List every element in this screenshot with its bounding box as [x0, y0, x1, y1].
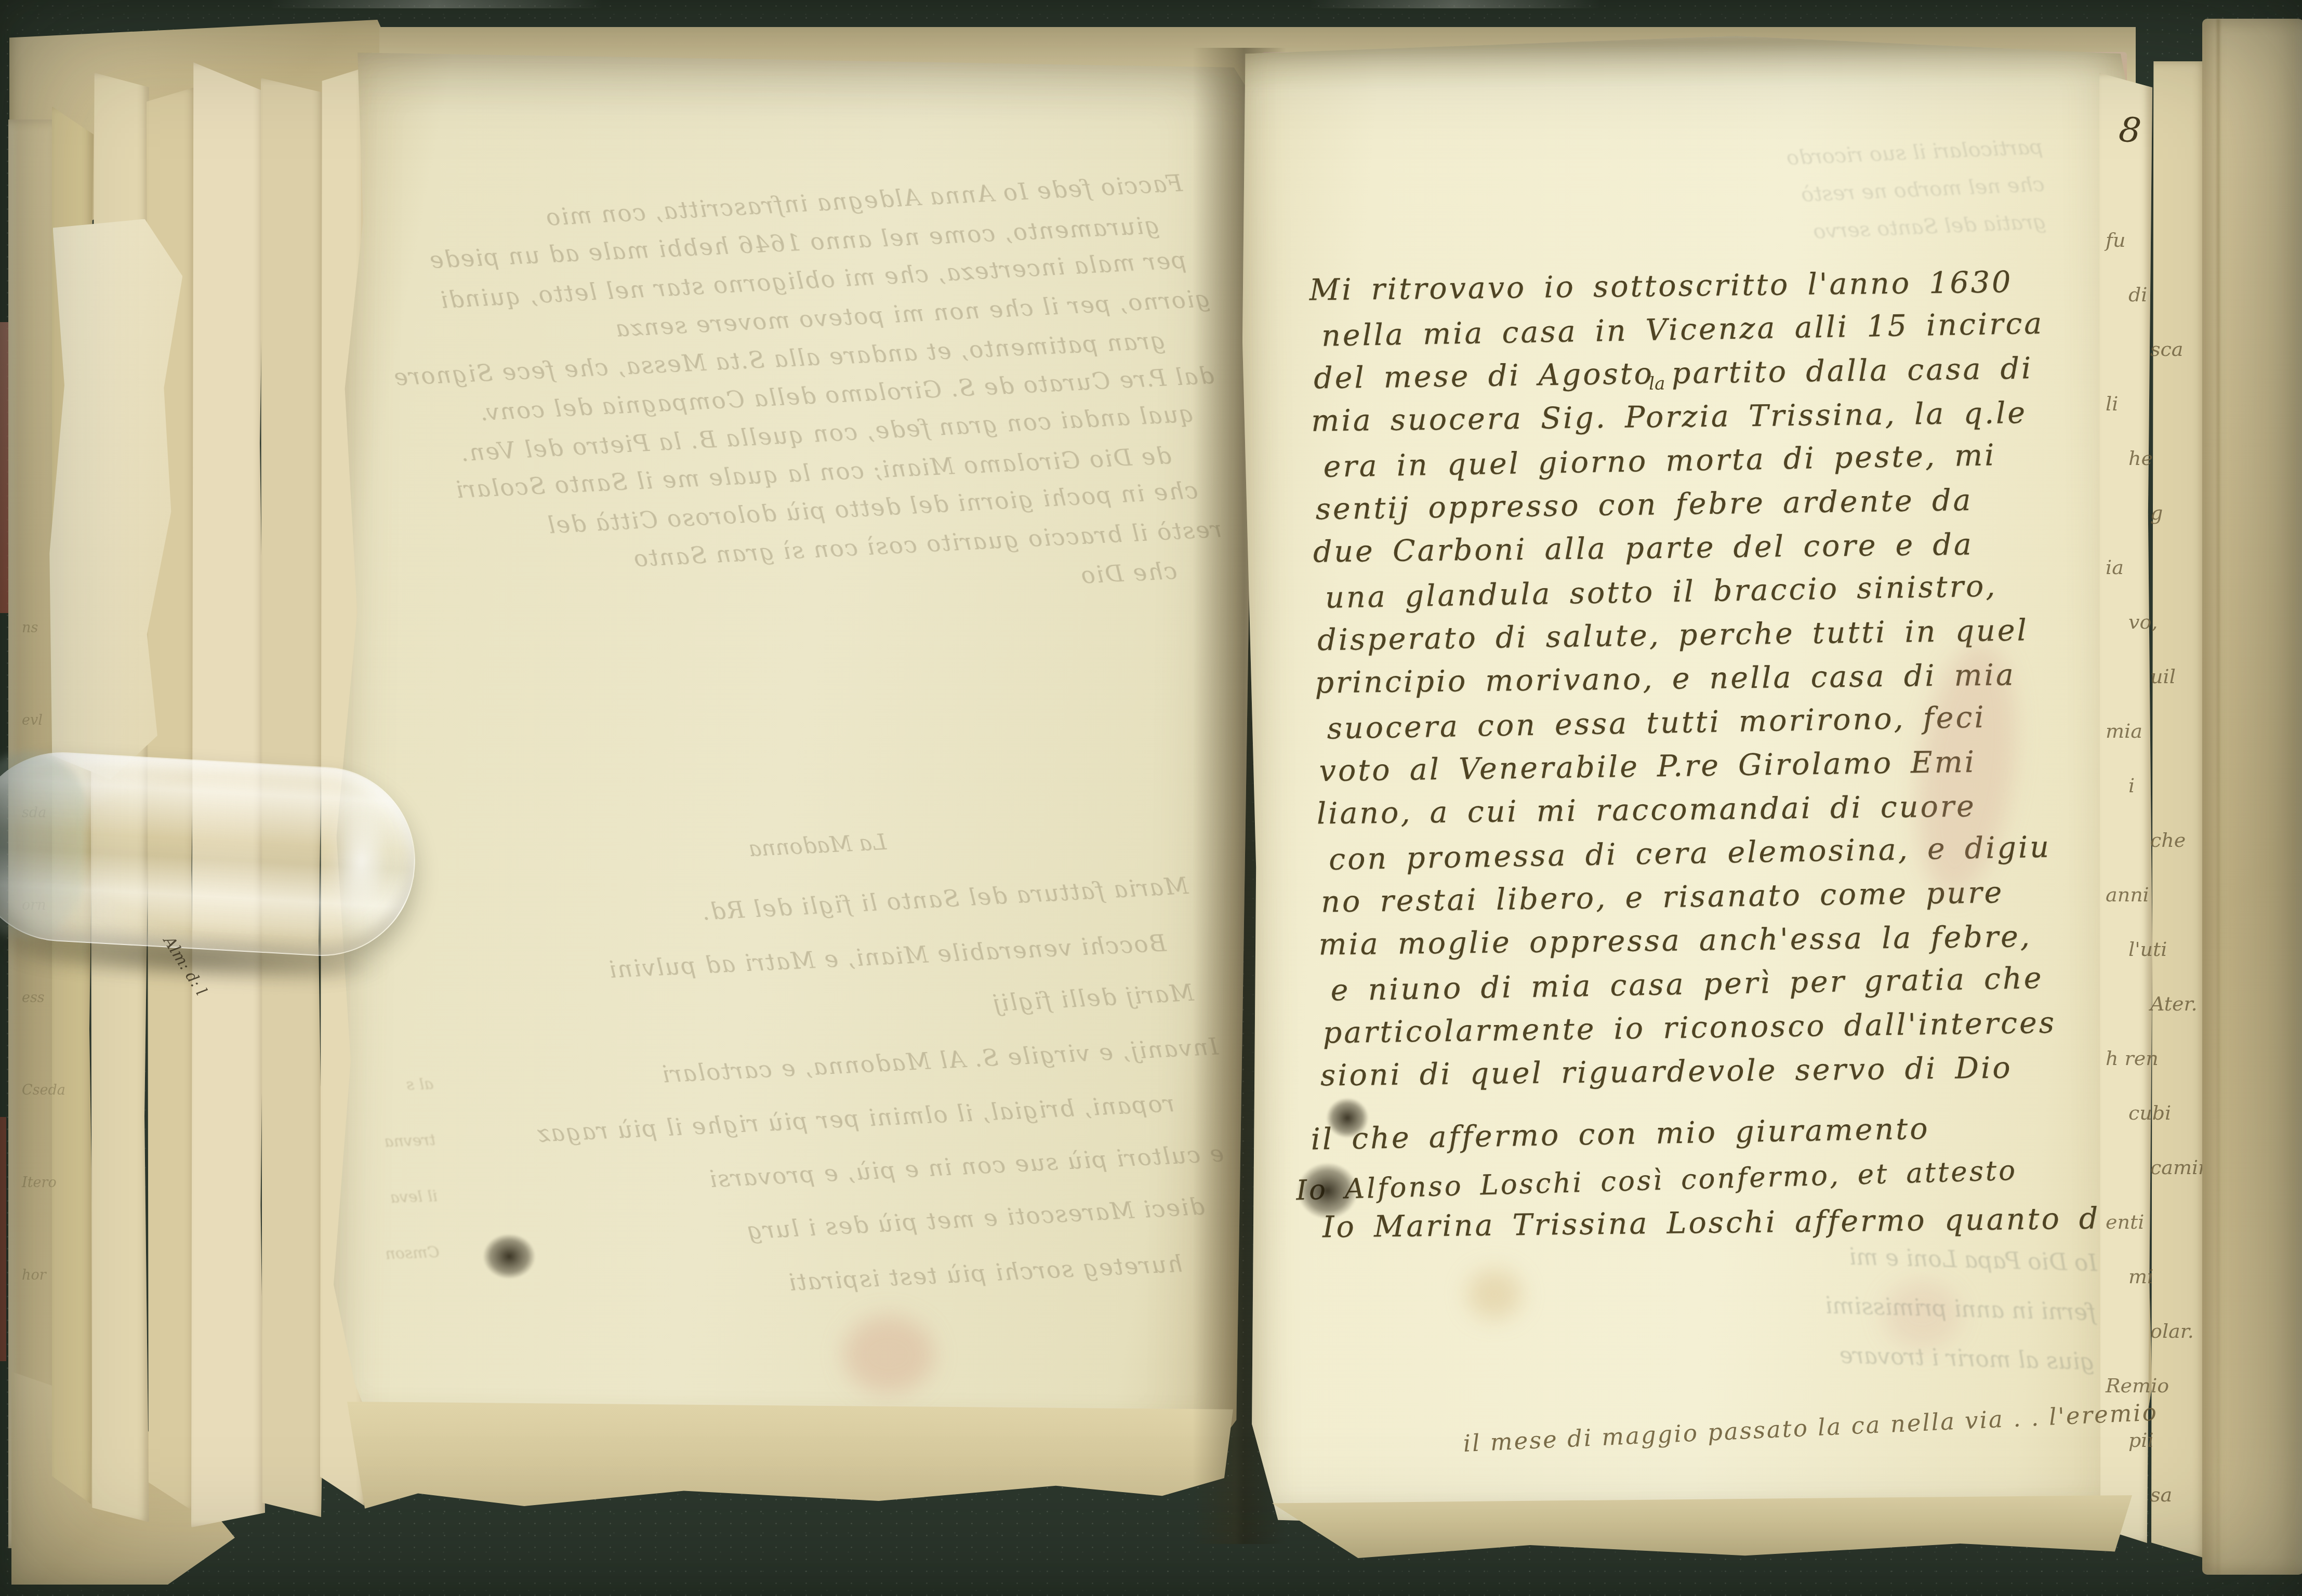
scanner-streak: [1309, 0, 1600, 8]
text-fragment: trevna: [227, 1112, 436, 1176]
text-fragment: il leva: [229, 1168, 439, 1232]
text-fragment: olar.: [2150, 1320, 2194, 1342]
glass-rod-paperweight: [0, 747, 420, 961]
left-page: Faccio fede Io Anna Aldegna infrascritta…: [323, 52, 1257, 1462]
text-fragment: Itero: [22, 1137, 84, 1229]
bleedthrough-ghost-block: particolari il suo ricordoche nel morbo …: [1367, 128, 2047, 270]
text-fragment: di: [2128, 283, 2147, 306]
text-fragment: vo,: [2128, 610, 2158, 633]
text-fragment: fu: [2106, 229, 2126, 251]
text-fragment: ns: [22, 582, 84, 674]
text-fragment: he: [2128, 447, 2153, 470]
text-fragment: cubi: [2128, 1101, 2171, 1124]
text-fragment: Remio: [2106, 1374, 2169, 1397]
text-fragment: mia: [2106, 720, 2142, 742]
pink-stain: [843, 1315, 935, 1394]
text-fragment: anni: [2106, 883, 2149, 906]
manuscript-line: sioni di quel riguardevole servo di Dio: [1291, 1045, 2128, 1098]
bleedthrough-block-upper: Faccio fede Io Anna Aldegna infrascritta…: [391, 164, 1225, 628]
text-fragment: enti: [2106, 1211, 2144, 1233]
text-fragment: hor: [22, 1229, 84, 1322]
page-number: 8: [2117, 109, 2143, 151]
text-fragment: che: [2150, 829, 2186, 852]
red-edge-sliver: [0, 1117, 6, 1361]
text-fragment: Cseda: [22, 1044, 84, 1137]
text-fragment: i: [2128, 774, 2135, 797]
manuscript-photo: nsevlsdaornessCsedaIterohor Faccio fede …: [0, 0, 2302, 1596]
text-fragment: al s: [225, 1056, 435, 1120]
pencil-ghost-block: Io Dio Papa Loni e miferni in anni primi…: [1471, 1222, 2098, 1387]
text-fragment: uil: [2150, 665, 2176, 688]
text-fragment: h ren: [2106, 1047, 2159, 1070]
text-fragment: pii: [2128, 1429, 2154, 1452]
text-fragment: l'uti: [2128, 938, 2167, 961]
text-fragment: ia: [2106, 556, 2124, 579]
stub-text-block: al strevnail levaCmson: [225, 1056, 441, 1288]
interlinear-insertion: la: [1649, 374, 1665, 394]
text-fragment: sca: [2150, 338, 2183, 361]
vellum-cover-right: [2202, 19, 2302, 1575]
red-edge-sliver: [0, 322, 8, 613]
scanner-streak: [270, 0, 603, 8]
text-fragment: Ater.: [2150, 992, 2198, 1015]
bleedthrough-heading: La Madonna: [558, 819, 1078, 871]
text-fragment: Cmson: [231, 1225, 441, 1288]
text-fragment: g: [2150, 501, 2163, 524]
text-fragment: sa: [2150, 1483, 2172, 1506]
text-fragment: li: [2106, 392, 2118, 415]
text-fragment: mi: [2128, 1265, 2153, 1288]
right-page: particolari il suo ricordoche nel morbo …: [1238, 32, 2155, 1544]
